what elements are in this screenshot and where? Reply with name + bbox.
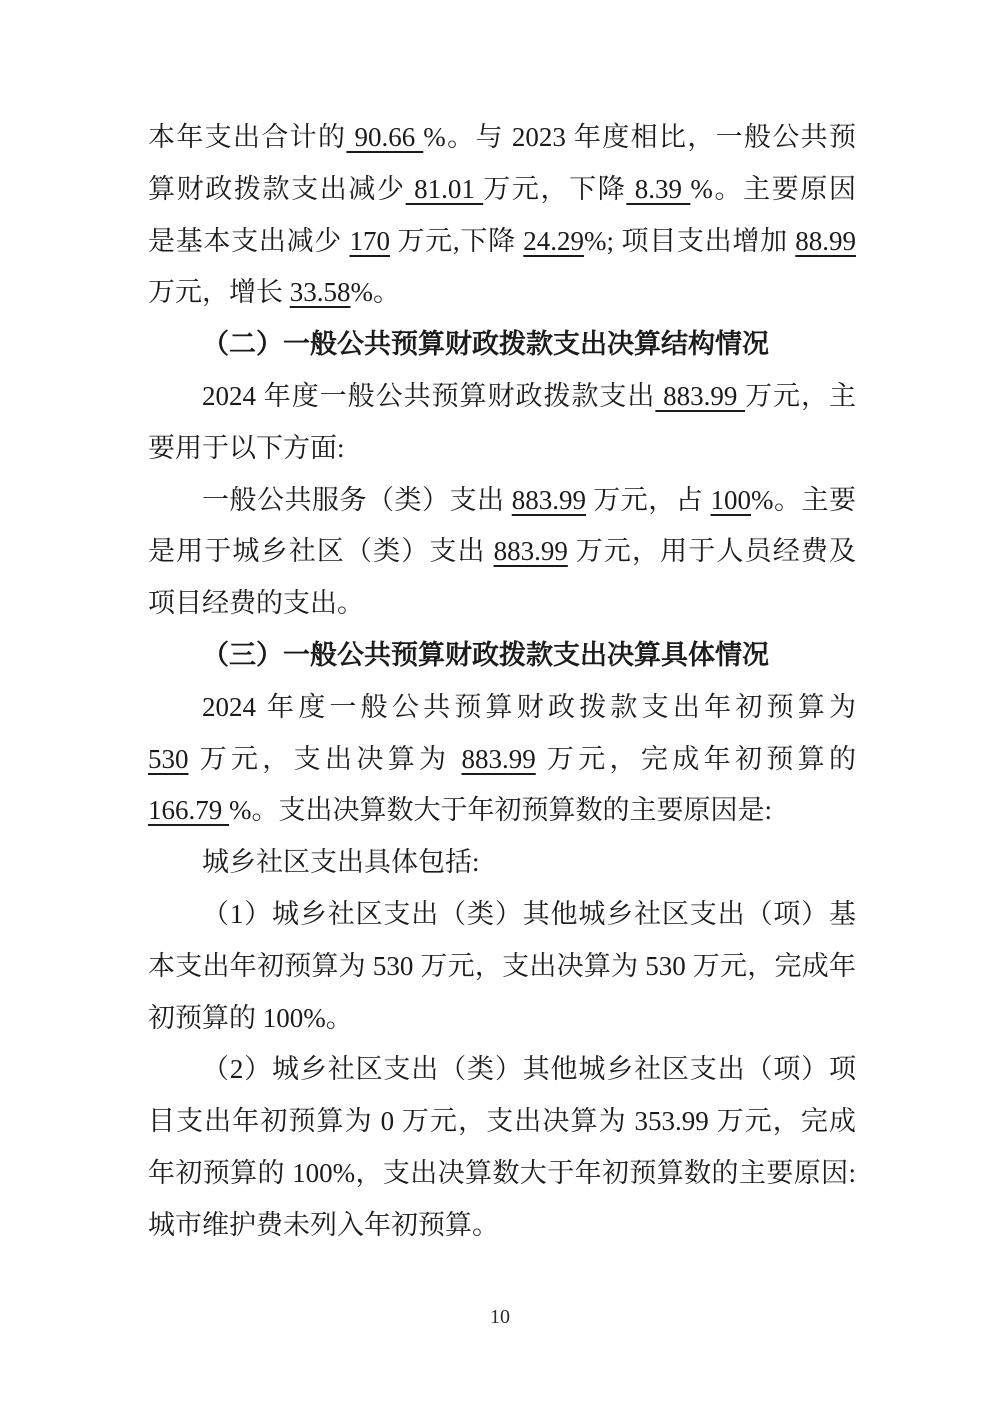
text-run: 万元，用于人员经费及 <box>568 536 856 566</box>
text-line-1: 本年支出合计的 90.66 %。与 2023 年度相比，一般公共预 <box>148 112 856 164</box>
text-run: 万元，主 <box>745 381 856 411</box>
text-run: 项目经费的支出。 <box>148 588 364 618</box>
text-line-10: 项目经费的支出。 <box>148 578 856 630</box>
text-run: %。 <box>351 277 401 307</box>
text-run: 是基本支出减少 <box>148 226 350 256</box>
text-run: 万元，完成年初预算的 <box>536 744 856 774</box>
underlined-value: 883.99 <box>512 485 586 515</box>
underlined-value: 170 <box>350 226 391 256</box>
text-line-2: 算财政拨款支出减少 81.01 万元，下降 8.39 %。主要原因 <box>148 164 856 216</box>
text-line-4: 万元，增长 33.58%。 <box>148 267 856 319</box>
underlined-value: 100 <box>711 485 752 515</box>
page-number: 10 <box>0 1303 1000 1331</box>
text-line-17: 本支出年初预算为 530 万元，支出决算为 530 万元，完成年 <box>148 941 856 993</box>
text-line-20: 目支出年初预算为 0 万元，支出决算为 353.99 万元，完成 <box>148 1096 856 1148</box>
text-run: 万元，下降 <box>483 174 626 204</box>
text-run: 万元,下降 <box>390 226 523 256</box>
text-line-15: 城乡社区支出具体包括: <box>148 837 856 889</box>
text-line-11: （三）一般公共预算财政拨款支出决算具体情况 <box>148 630 856 682</box>
underlined-value: 33.58 <box>290 277 351 307</box>
underlined-value: 883.99 <box>494 536 568 566</box>
underlined-value: 8.39 <box>626 174 690 204</box>
text-run: %。主要原因 <box>690 174 856 204</box>
text-line-18: 初预算的 100%。 <box>148 993 856 1045</box>
text-run: %。支出决算数大于年初预算数的主要原因是: <box>229 795 772 825</box>
text-run: 2024 年度一般公共预算财政拨款支出年初预算为 <box>202 692 856 722</box>
text-run: 本年支出合计的 <box>148 122 346 152</box>
text-line-21: 年初预算的 100%，支出决算数大于年初预算数的主要原因: <box>148 1148 856 1200</box>
underlined-value: 166.79 <box>148 795 229 825</box>
text-run: 目支出年初预算为 0 万元，支出决算为 353.99 万元，完成 <box>148 1106 856 1136</box>
underlined-value: 88.99 <box>795 226 856 256</box>
text-run: 万元，占 <box>586 485 711 515</box>
text-line-6: 2024 年度一般公共预算财政拨款支出 883.99 万元，主 <box>148 371 856 423</box>
text-run: 是用于城乡社区（类）支出 <box>148 536 494 566</box>
text-run: （1）城乡社区支出（类）其他城乡社区支出（项）基 <box>202 899 856 929</box>
document-body: 本年支出合计的 90.66 %。与 2023 年度相比，一般公共预算财政拨款支出… <box>148 112 856 1252</box>
text-line-19: （2）城乡社区支出（类）其他城乡社区支出（项）项 <box>148 1044 856 1096</box>
text-run: %。与 2023 年度相比，一般公共预 <box>423 122 856 152</box>
text-run: 万元，支出决算为 <box>189 744 462 774</box>
text-line-7: 要用于以下方面: <box>148 423 856 475</box>
underlined-value: 81.01 <box>406 174 484 204</box>
document-page: 本年支出合计的 90.66 %。与 2023 年度相比，一般公共预算财政拨款支出… <box>0 0 1000 1414</box>
text-run: 2024 年度一般公共预算财政拨款支出 <box>202 381 655 411</box>
underlined-value: 90.66 <box>346 122 423 152</box>
text-run: （三）一般公共预算财政拨款支出决算具体情况 <box>202 640 769 670</box>
text-run: 万元，增长 <box>148 277 290 307</box>
text-line-9: 是用于城乡社区（类）支出 883.99 万元，用于人员经费及 <box>148 526 856 578</box>
text-run: （二）一般公共预算财政拨款支出决算结构情况 <box>202 329 769 359</box>
text-line-8: 一般公共服务（类）支出 883.99 万元，占 100%。主要 <box>148 475 856 527</box>
text-line-14: 166.79 %。支出决算数大于年初预算数的主要原因是: <box>148 785 856 837</box>
text-run: 初预算的 100%。 <box>148 1003 353 1033</box>
text-run: 城市维护费未列入年初预算。 <box>148 1210 499 1240</box>
underlined-value: 883.99 <box>462 744 536 774</box>
underlined-value: 883.99 <box>655 381 745 411</box>
text-run: 算财政拨款支出减少 <box>148 174 406 204</box>
text-run: 年初预算的 100%，支出决算数大于年初预算数的主要原因: <box>148 1158 856 1188</box>
text-run: 城乡社区支出具体包括: <box>202 847 480 877</box>
text-line-16: （1）城乡社区支出（类）其他城乡社区支出（项）基 <box>148 889 856 941</box>
text-run: 要用于以下方面: <box>148 433 345 463</box>
text-line-12: 2024 年度一般公共预算财政拨款支出年初预算为 <box>148 682 856 734</box>
text-line-5: （二）一般公共预算财政拨款支出决算结构情况 <box>148 319 856 371</box>
underlined-value: 530 <box>148 744 189 774</box>
text-run: 本支出年初预算为 530 万元，支出决算为 530 万元，完成年 <box>148 951 856 981</box>
text-line-22: 城市维护费未列入年初预算。 <box>148 1200 856 1252</box>
text-line-3: 是基本支出减少 170 万元,下降 24.29%; 项目支出增加 88.99 <box>148 216 856 268</box>
text-run: %。主要 <box>751 485 856 515</box>
text-run: %; 项目支出增加 <box>584 226 795 256</box>
text-run: 一般公共服务（类）支出 <box>202 485 512 515</box>
underlined-value: 24.29 <box>523 226 584 256</box>
text-run: （2）城乡社区支出（类）其他城乡社区支出（项）项 <box>202 1054 856 1084</box>
text-line-13: 530 万元，支出决算为 883.99 万元，完成年初预算的 <box>148 734 856 786</box>
